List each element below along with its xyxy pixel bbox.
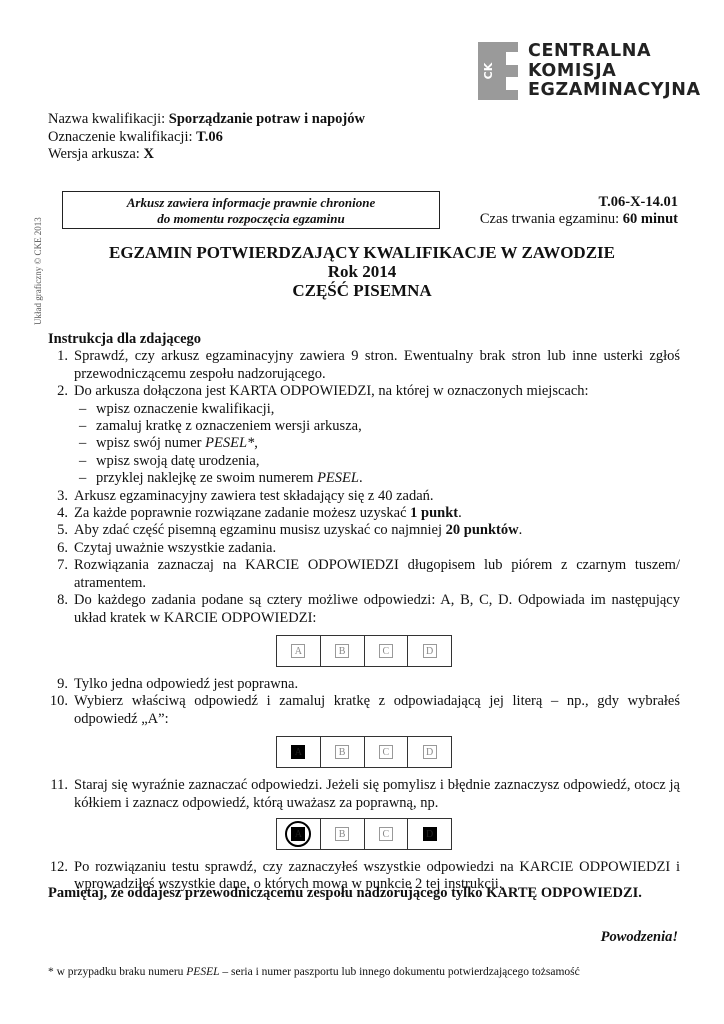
logo-wordmark: CENTRALNA KOMISJA EGZAMINACYJNA [528, 42, 701, 101]
subitem: –zamaluj kratkę z oznaczeniem wersji ark… [74, 418, 680, 435]
logo-line-1: CENTRALNA [528, 42, 701, 62]
checkbox-a: A [291, 644, 305, 658]
item-text: Aby zdać część pisemną egzaminu musisz u… [74, 522, 446, 538]
grid-cell-d: D [407, 819, 451, 849]
checkbox-c: C [379, 827, 393, 841]
notice-line-1: Arkusz zawiera informacje prawnie chroni… [63, 195, 439, 211]
dash-bullet-icon: – [79, 435, 86, 452]
item-number: 8. [48, 592, 68, 609]
subitem-text: przyklej naklejkę ze swoim numerem [96, 470, 317, 486]
exam-year: Rok 2014 [60, 262, 664, 281]
grid-cell-d: D [407, 737, 451, 767]
grid-cell-a: A [277, 636, 320, 666]
item-text: Arkusz egzaminacyjny zawiera test składa… [74, 488, 434, 504]
grid-cell-a: A [277, 819, 320, 849]
footnote: * w przypadku braku numeru PESEL – seria… [48, 966, 580, 978]
exam-code-block: T.06-X-14.01 Czas trwania egzaminu: 60 m… [480, 194, 678, 228]
item-number: 4. [48, 505, 68, 522]
subitem: –wpisz oznaczenie kwalifikacji, [74, 401, 680, 418]
notice-line-2: do momentu rozpoczęcia egzaminu [63, 211, 439, 227]
grid-cell-c: C [364, 819, 408, 849]
copyright-side-text: Układ graficzny © CKE 2013 [33, 217, 43, 325]
cke-logo-mark-icon: CK [478, 42, 518, 100]
instruction-item-9: 9.Tylko jedna odpowiedź jest poprawna. [48, 676, 680, 693]
instruction-item-1: 1.Sprawdź, czy arkusz egzaminacyjny zawi… [48, 348, 680, 383]
dash-bullet-icon: – [79, 418, 86, 435]
qualification-name-label: Nazwa kwalifikacji: [48, 111, 169, 127]
cke-logo: CK CENTRALNA KOMISJA EGZAMINACYJNA [478, 42, 688, 104]
duration-label: Czas trwania egzaminu: [480, 211, 623, 227]
item-number: 7. [48, 557, 68, 574]
answer-grid-empty-example: A B C D [276, 635, 452, 667]
checkbox-d: D [423, 644, 437, 658]
item-number: 5. [48, 522, 68, 539]
subitem-suffix: . [359, 470, 363, 486]
item-bold: 1 punkt [410, 505, 458, 521]
exam-code: T.06-X-14.01 [599, 194, 678, 210]
footnote-text: * w przypadku braku numeru [48, 966, 186, 978]
qualification-name: Nazwa kwalifikacji: Sporządzanie potraw … [48, 111, 365, 129]
instruction-item-10: 10.Wybierz właściwą odpowiedź i zamaluj … [48, 693, 680, 728]
subitem-text: wpisz swoją datę urodzenia, [96, 453, 259, 469]
instruction-item-6: 6.Czytaj uważnie wszystkie zadania. [48, 540, 680, 557]
logo-line-2: KOMISJA [528, 62, 701, 82]
circle-mark-icon [285, 821, 311, 847]
instructions-heading: Instrukcja dla zdającego [48, 331, 680, 348]
item-number: 6. [48, 540, 68, 557]
exam-titles: EGZAMIN POTWIERDZAJĄCY KWALIFIKACJE W ZA… [60, 243, 664, 300]
footnote-suffix: – seria i numer paszportu lub innego dok… [220, 966, 580, 978]
subitem: –wpisz swoją datę urodzenia, [74, 453, 680, 470]
item-number: 11. [48, 777, 68, 794]
item-text: Do arkusza dołączona jest KARTA ODPOWIED… [74, 383, 589, 399]
subitem-text: wpisz oznaczenie kwalifikacji, [96, 401, 274, 417]
item-text: Wybierz właściwą odpowiedź i zamaluj kra… [74, 693, 680, 726]
subitem: –wpisz swój numer PESEL*, [74, 435, 680, 452]
subitem-text: zamaluj kratkę z oznaczeniem wersji arku… [96, 418, 362, 434]
item-text: Sprawdź, czy arkusz egzaminacyjny zawier… [74, 348, 680, 381]
checkbox-c: C [379, 745, 393, 759]
checkbox-b: B [335, 644, 349, 658]
sheet-version: Wersja arkusza: X [48, 146, 365, 164]
instruction-item-3: 3.Arkusz egzaminacyjny zawiera test skła… [48, 488, 680, 505]
reminder-text: Pamiętaj, że oddajesz przewodniczącemu z… [48, 885, 642, 902]
item-number: 1. [48, 348, 68, 365]
qualification-code-value: T.06 [196, 129, 223, 145]
duration-value: 60 minut [623, 211, 678, 227]
qualification-info: Nazwa kwalifikacji: Sporządzanie potraw … [48, 111, 365, 164]
answer-grid-filled-example: A B C D [276, 736, 452, 768]
instruction-item-4: 4.Za każde poprawnie rozwiązane zadanie … [48, 505, 680, 522]
exam-title: EGZAMIN POTWIERDZAJĄCY KWALIFIKACJE W ZA… [60, 243, 664, 262]
exam-part: CZĘŚĆ PISEMNA [60, 281, 664, 300]
item-text: Czytaj uważnie wszystkie zadania. [74, 540, 276, 556]
checkbox-c: C [379, 644, 393, 658]
checkbox-a-filled: A [291, 745, 305, 759]
item-text: Rozwiązania zaznaczaj na KARCIE ODPOWIED… [74, 557, 680, 590]
item-number: 2. [48, 383, 68, 400]
item-text: Za każde poprawnie rozwiązane zadanie mo… [74, 505, 410, 521]
subitem-text: wpisz swój numer [96, 435, 205, 451]
item-suffix: . [458, 505, 462, 521]
item-text: Tylko jedna odpowiedź jest poprawna. [74, 676, 298, 692]
footnote-emphasis: PESEL [186, 966, 219, 978]
item-text: Do każdego zadania podane są cztery możl… [74, 592, 680, 625]
dash-bullet-icon: – [79, 453, 86, 470]
logo-line-3: EGZAMINACYJNA [528, 81, 701, 101]
instruction-item-5: 5.Aby zdać część pisemną egzaminu musisz… [48, 522, 680, 539]
checkbox-d-filled: D [423, 827, 437, 841]
item-text: Staraj się wyraźnie zaznaczać odpowiedzi… [74, 777, 680, 810]
item-bold: 20 punktów [446, 522, 519, 538]
checkbox-b: B [335, 827, 349, 841]
checkbox-b: B [335, 745, 349, 759]
grid-cell-c: C [364, 737, 408, 767]
item-number: 12. [48, 859, 68, 876]
item-number: 10. [48, 693, 68, 710]
instruction-item-11: 11.Staraj się wyraźnie zaznaczać odpowie… [48, 777, 680, 812]
instruction-item-2: 2.Do arkusza dołączona jest KARTA ODPOWI… [48, 383, 680, 487]
subitem-emphasis: PESEL* [205, 435, 254, 451]
item-suffix: . [519, 522, 523, 538]
grid-cell-a: A [277, 737, 320, 767]
answer-grid-correction-example: A B C D [276, 818, 452, 850]
instructions: Instrukcja dla zdającego 1.Sprawdź, czy … [48, 331, 680, 894]
item-number: 9. [48, 676, 68, 693]
subitem-emphasis: PESEL [317, 470, 359, 486]
sheet-version-value: X [143, 146, 153, 162]
dash-bullet-icon: – [79, 470, 86, 487]
item-number: 3. [48, 488, 68, 505]
instruction-item-7: 7.Rozwiązania zaznaczaj na KARCIE ODPOWI… [48, 557, 680, 592]
checkbox-d: D [423, 745, 437, 759]
grid-cell-b: B [320, 819, 364, 849]
subitem-suffix: , [254, 435, 258, 451]
grid-cell-b: B [320, 737, 364, 767]
grid-cell-b: B [320, 636, 364, 666]
svg-text:CK: CK [482, 62, 495, 79]
qualification-name-value: Sporządzanie potraw i napojów [169, 111, 365, 127]
grid-cell-c: C [364, 636, 408, 666]
exam-duration: Czas trwania egzaminu: 60 minut [480, 211, 678, 228]
good-luck-text: Powodzenia! [601, 929, 678, 946]
legal-notice-box: Arkusz zawiera informacje prawnie chroni… [62, 191, 440, 229]
sheet-version-label: Wersja arkusza: [48, 146, 143, 162]
grid-cell-d: D [407, 636, 451, 666]
instruction-item-8: 8.Do każdego zadania podane są cztery mo… [48, 592, 680, 627]
subitem: –przyklej naklejkę ze swoim numerem PESE… [74, 470, 680, 487]
qualification-code: Oznaczenie kwalifikacji: T.06 [48, 129, 365, 147]
dash-bullet-icon: – [79, 401, 86, 418]
qualification-code-label: Oznaczenie kwalifikacji: [48, 129, 196, 145]
